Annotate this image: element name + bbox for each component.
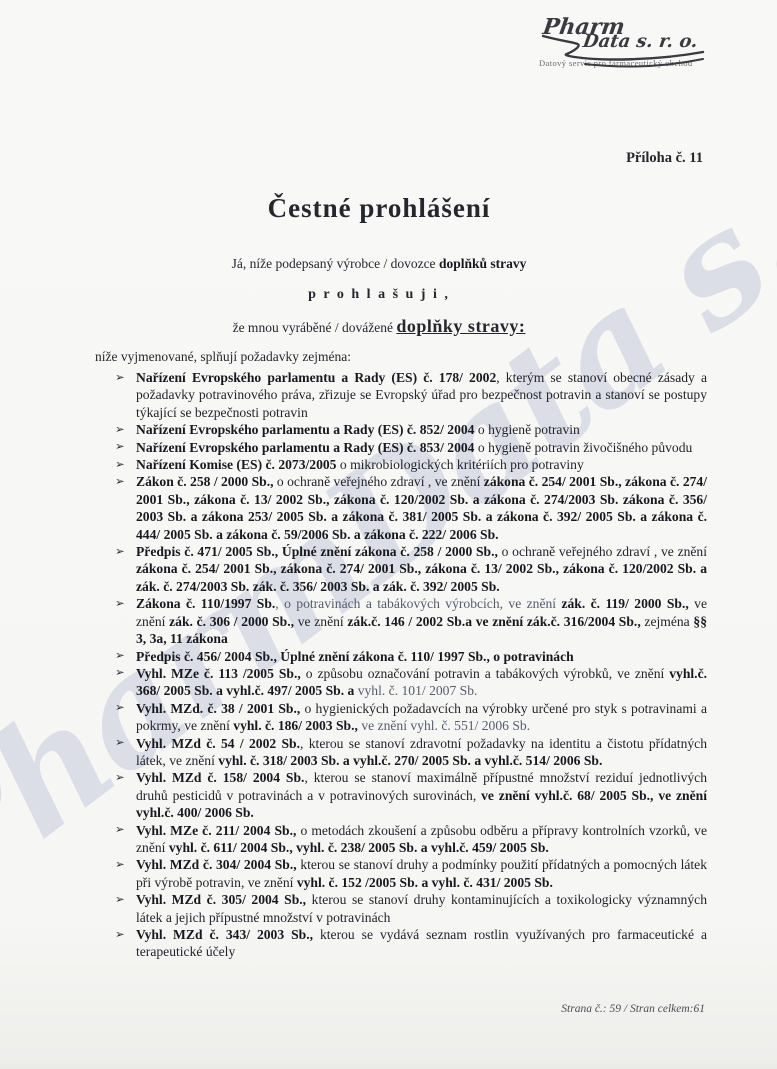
list-item-text: Vyhl. MZd č. 304/ 2004 Sb., kterou se st… <box>136 857 707 889</box>
text-segment: Předpis č. 456/ 2004 Sb., Úplné znění zá… <box>136 649 574 664</box>
list-item-text: Vyhl. MZd č. 54 / 2002 Sb., kterou se st… <box>136 736 707 768</box>
arrowhead-bullet-icon: ➢ <box>115 857 125 874</box>
list-item-text: Nařízení Evropského parlamentu a Rady (E… <box>136 422 580 437</box>
list-item: ➢ Předpis č. 471/ 2005 Sb., Úplné znění … <box>95 543 707 595</box>
text-segment: o ochraně veřejného zdraví , ve znění <box>498 544 707 559</box>
intro-line-3-regular: že mnou vyráběné / dovážené <box>233 320 397 335</box>
list-item-text: Vyhl. MZd. č. 38 / 2001 Sb., o hygienick… <box>136 701 707 733</box>
text-segment: vyhl. č. 318/ 2003 Sb. a vyhl.č. 270/ 20… <box>218 753 602 768</box>
lead-line: níže vyjmenované, splňují požadavky zejm… <box>95 349 351 365</box>
text-segment: Nařízení Evropského parlamentu a Rady (E… <box>136 422 474 437</box>
text-segment: Vyhl. MZd č. 54 / 2002 Sb. <box>136 736 300 751</box>
annex-label: Příloha č. 11 <box>626 150 703 167</box>
list-item: ➢ Zákona č. 110/1997 Sb., o potravinách … <box>95 595 707 647</box>
list-item: ➢ Nařízení Evropského parlamentu a Rady … <box>95 369 707 421</box>
text-segment: Zákon č. 258 / 2000 Sb., <box>136 474 274 489</box>
text-segment: o způsobu označování potravin a tabákový… <box>301 666 669 681</box>
list-item-text: Předpis č. 456/ 2004 Sb., Úplné znění zá… <box>136 649 574 664</box>
list-item: ➢ Vyhl. MZd č. 304/ 2004 Sb., kterou se … <box>95 856 707 891</box>
text-segment: Vyhl. MZd. č. 38 / 2001 Sb., <box>136 701 300 716</box>
list-item: ➢ Nařízení Evropského parlamentu a Rady … <box>95 439 707 456</box>
intro-line-3-bold-underline: doplňky stravy: <box>396 316 525 336</box>
list-item: ➢ Vyhl. MZe č. 113 /2005 Sb., o způsobu … <box>95 665 707 700</box>
arrowhead-bullet-icon: ➢ <box>115 457 125 474</box>
arrowhead-bullet-icon: ➢ <box>115 665 125 682</box>
text-segment: Vyhl. MZe č. 211/ 2004 Sb., <box>136 823 296 838</box>
pharmdata-logo: Pharm Data s. r. o. Datový servis pro fa… <box>539 14 707 68</box>
arrowhead-bullet-icon: ➢ <box>115 474 125 491</box>
text-segment: zák. č. 306 / 2000 Sb., <box>169 614 294 629</box>
arrowhead-bullet-icon: ➢ <box>115 700 125 717</box>
text-segment: Nařízení Komise (ES) č. 2073/2005 <box>136 457 336 472</box>
declaration-line: p r o h l a š u j i , <box>0 287 758 303</box>
arrowhead-bullet-icon: ➢ <box>115 439 125 456</box>
intro-line-1: Já, níže podepsaný výrobce / dovozce dop… <box>0 256 758 272</box>
intro-line-1-regular: Já, níže podepsaný výrobce / dovozce <box>232 256 439 271</box>
text-segment: ve znění vyhl. č. 551/ 2006 Sb. <box>358 718 530 733</box>
text-segment: zák. č. 119/ 2000 Sb., <box>561 596 688 611</box>
list-item-text: Předpis č. 471/ 2005 Sb., Úplné znění zá… <box>136 544 707 594</box>
text-segment: Vyhl. MZd č. 304/ 2004 Sb., <box>136 857 297 872</box>
text-segment: , o potravinách a tabákových výrobcích, … <box>275 596 561 611</box>
list-item: ➢ Vyhl. MZd č. 343/ 2003 Sb., kterou se … <box>95 926 707 961</box>
legal-list: ➢ Nařízení Evropského parlamentu a Rady … <box>95 369 707 961</box>
list-item-text: Vyhl. MZd č. 305/ 2004 Sb., kterou se st… <box>136 892 707 924</box>
text-segment: vyhl. č. 611/ 2004 Sb., vyhl. č. 238/ 20… <box>169 840 549 855</box>
list-item: ➢ Nařízení Komise (ES) č. 2073/2005 o mi… <box>95 456 707 473</box>
text-segment: o mikrobiologických kritériích pro potra… <box>336 457 583 472</box>
list-item-text: Vyhl. MZe č. 211/ 2004 Sb., o metodách z… <box>136 823 707 855</box>
text-segment: o hygieně potravin <box>474 422 579 437</box>
list-item: ➢ Předpis č. 456/ 2004 Sb., Úplné znění … <box>95 648 707 665</box>
intro-line-1-bold: doplňků stravy <box>439 256 526 271</box>
text-segment: Předpis č. 471/ 2005 Sb., Úplné znění zá… <box>136 544 498 559</box>
text-segment: zák.č. 146 / 2002 Sb.a ve znění zák.č. 3… <box>347 614 640 629</box>
list-item: ➢ Vyhl. MZe č. 211/ 2004 Sb., o metodách… <box>95 822 707 857</box>
text-segment: vyhl. č. 152 /2005 Sb. a vyhl. č. 431/ 2… <box>297 875 553 890</box>
list-item-text: Vyhl. MZe č. 113 /2005 Sb., o způsobu oz… <box>136 666 707 698</box>
text-segment: vyhl. č. 186/ 2003 Sb., <box>233 718 358 733</box>
text-segment: o hygieně potravin živočišného původu <box>474 440 692 455</box>
list-item: ➢ Vyhl. MZd č. 305/ 2004 Sb., kterou se … <box>95 891 707 926</box>
arrowhead-bullet-icon: ➢ <box>115 735 125 752</box>
list-item: ➢ Vyhl. MZd č. 158/ 2004 Sb., kterou se … <box>95 769 707 821</box>
list-item: ➢ Zákon č. 258 / 2000 Sb., o ochraně veř… <box>95 473 707 543</box>
text-segment: vyhl. č. 101/ 2007 Sb. <box>358 683 478 698</box>
logo-swoosh-icon <box>539 28 707 74</box>
text-segment: Vyhl. MZe č. 113 /2005 Sb., <box>136 666 301 681</box>
list-item-text: Nařízení Komise (ES) č. 2073/2005 o mikr… <box>136 457 584 472</box>
text-segment: Nařízení Evropského parlamentu a Rady (E… <box>136 370 496 385</box>
arrowhead-bullet-icon: ➢ <box>115 370 125 387</box>
list-item-text: Nařízení Evropského parlamentu a Rady (E… <box>136 440 692 455</box>
arrowhead-bullet-icon: ➢ <box>115 544 125 561</box>
text-segment: zákona č. 254/ 2001 Sb., zákona č. 274/ … <box>136 561 707 593</box>
text-segment: Zákona č. 110/1997 Sb. <box>136 596 275 611</box>
arrowhead-bullet-icon: ➢ <box>115 422 125 439</box>
text-segment: Vyhl. MZd č. 305/ 2004 Sb., <box>136 892 306 907</box>
intro-line-3: že mnou vyráběné / dovážené doplňky stra… <box>0 316 758 337</box>
list-item: ➢ Vyhl. MZd. č. 38 / 2001 Sb., o hygieni… <box>95 700 707 735</box>
list-item-text: Zákona č. 110/1997 Sb., o potravinách a … <box>136 596 707 646</box>
list-item-text: Nařízení Evropského parlamentu a Rady (E… <box>136 370 707 420</box>
text-segment: Vyhl. MZd č. 158/ 2004 Sb. <box>136 770 304 785</box>
list-item-text: Zákon č. 258 / 2000 Sb., o ochraně veřej… <box>136 474 707 541</box>
arrowhead-bullet-icon: ➢ <box>115 596 125 613</box>
text-segment: ve znění <box>294 614 347 629</box>
arrowhead-bullet-icon: ➢ <box>115 648 125 665</box>
list-item-text: Vyhl. MZd č. 158/ 2004 Sb., kterou se st… <box>136 770 707 820</box>
list-item: ➢ Nařízení Evropského parlamentu a Rady … <box>95 421 707 438</box>
page-title: Čestné prohlášení <box>0 193 758 224</box>
text-segment: zejména <box>641 614 694 629</box>
arrowhead-bullet-icon: ➢ <box>115 770 125 787</box>
text-segment: o ochraně veřejného zdraví , ve znění <box>274 474 484 489</box>
document-page: PharmData s. r. o. Pharm Data s. r. o. D… <box>0 0 777 1069</box>
text-segment: Vyhl. MZd č. 343/ 2003 Sb., <box>136 927 313 942</box>
arrowhead-bullet-icon: ➢ <box>115 822 125 839</box>
list-item-text: Vyhl. MZd č. 343/ 2003 Sb., kterou se vy… <box>136 927 707 959</box>
arrowhead-bullet-icon: ➢ <box>115 892 125 909</box>
text-segment: Nařízení Evropského parlamentu a Rady (E… <box>136 440 474 455</box>
page-number-footer: Strana č.: 59 / Stran celkem:61 <box>561 1003 705 1015</box>
list-item: ➢ Vyhl. MZd č. 54 / 2002 Sb., kterou se … <box>95 735 707 770</box>
arrowhead-bullet-icon: ➢ <box>115 927 125 944</box>
